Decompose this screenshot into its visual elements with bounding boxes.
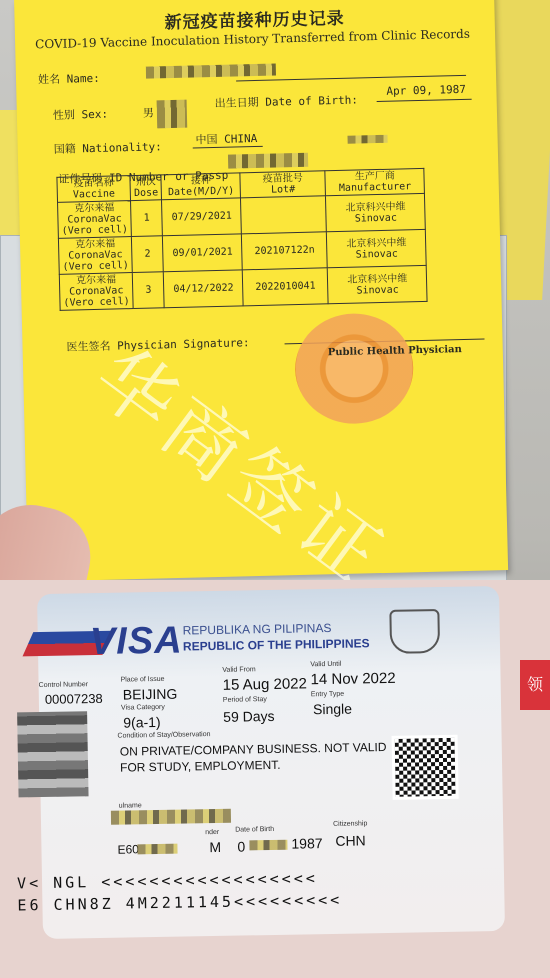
passport-number-partial: E60 xyxy=(117,842,139,856)
col-manufacturer: 生产厂商Manufacturer xyxy=(325,168,425,195)
entry-type: Single xyxy=(313,701,352,718)
lot-cell: 202107122n xyxy=(242,232,328,270)
valid-from-label: Valid From xyxy=(222,666,255,674)
header-cn: 剂次 xyxy=(134,176,158,188)
fullname-label: ulname xyxy=(119,802,142,809)
sex-value: 男 xyxy=(143,104,154,120)
fullname-redacted xyxy=(111,809,231,825)
entry-type-label: Entry Type xyxy=(311,691,344,699)
dose-cell: 3 xyxy=(133,272,165,309)
table-row: 克尔来福CoronaVac(Vero cell) 3 04/12/2022 20… xyxy=(59,265,427,310)
vaccine-type: (Vero cell) xyxy=(62,260,128,273)
vaccine-record-card: 新冠疫苗接种历史记录 COVID-19 Vaccine Inoculation … xyxy=(14,0,508,582)
place-of-issue-label: Place of Issue xyxy=(120,676,164,684)
vaccine-cell: 克尔来福CoronaVac(Vero cell) xyxy=(58,237,132,275)
control-number-label: Control Number xyxy=(39,681,89,689)
condition-line1: ON PRIVATE/COMPANY BUSINESS. NOT VALID xyxy=(120,740,387,759)
manufacturer-en: Sinovac xyxy=(331,283,423,296)
dob-underline xyxy=(377,99,472,102)
date-cell: 07/29/2021 xyxy=(162,198,242,236)
valid-until: 14 Nov 2022 xyxy=(310,670,395,688)
sex-label: 性别 Sex: xyxy=(53,106,108,123)
vaccine-cell: 克尔来福CoronaVac(Vero cell) xyxy=(58,201,132,239)
official-stamp xyxy=(294,312,415,425)
passport-number-redacted xyxy=(137,844,177,855)
col-vaccine: 疫苗名称Vaccine xyxy=(57,176,131,203)
dob-value: Apr 09, 1987 xyxy=(386,83,466,98)
header-en: Manufacturer xyxy=(329,181,421,194)
visa-title: VISA xyxy=(90,620,183,665)
col-date: 接种Date(M/D/Y) xyxy=(161,173,241,200)
dose-cell: 1 xyxy=(131,200,163,237)
dob-label: Date of Birth xyxy=(235,826,274,834)
valid-from: 15 Aug 2022 xyxy=(222,675,307,693)
period-of-stay-label: Period of Stay xyxy=(223,696,267,704)
sex-redacted xyxy=(157,100,188,129)
vaccination-table: 疫苗名称Vaccine 剂次Dose 接种Date(M/D/Y) 疫苗批号Lot… xyxy=(56,168,427,311)
vaccine-cell: 克尔来福CoronaVac(Vero cell) xyxy=(59,273,133,311)
dob-year: 1987 xyxy=(291,835,322,852)
period-of-stay: 59 Days xyxy=(223,708,275,725)
manufacturer-cell: 北京科兴中维Sinovac xyxy=(327,229,427,267)
name-underline xyxy=(236,75,466,82)
mrz-line-2: E6 CHN8Z 4M2211145<<<<<<<<< xyxy=(17,891,342,915)
visa-category: 9(a-1) xyxy=(123,714,161,731)
name-redacted xyxy=(146,63,276,78)
visa-sticker: VISA REPUBLIKA NG PILIPINAS REPUBLIC OF … xyxy=(37,586,505,939)
vaccine-type: (Vero cell) xyxy=(62,224,128,237)
nationality-label: 国籍 Nationality: xyxy=(54,138,162,157)
lot-cell xyxy=(241,196,327,234)
dose-cell: 2 xyxy=(132,236,164,273)
col-dose: 剂次Dose xyxy=(130,175,162,201)
header-en: Dose xyxy=(134,187,158,199)
mrz-line-1: V< NGL <<<<<<<<<<<<<<<<<< xyxy=(17,869,318,892)
qr-code xyxy=(392,735,459,800)
coat-of-arms-icon xyxy=(389,609,440,654)
visa-category-label: Visa Category xyxy=(121,704,165,712)
manufacturer-cell: 北京科兴中维Sinovac xyxy=(328,265,428,303)
place-of-issue: BEIJING xyxy=(123,686,178,703)
date-cell: 09/01/2021 xyxy=(163,234,243,272)
valid-until-label: Valid Until xyxy=(310,661,341,669)
citizenship: CHN xyxy=(335,832,366,849)
nationality-redacted xyxy=(347,135,387,144)
nationality-value: 中国 CHINA xyxy=(195,130,257,148)
gender: M xyxy=(209,839,221,855)
vaccine-type: (Vero cell) xyxy=(63,296,129,309)
side-tab: 领 xyxy=(520,660,550,710)
dob-label: 出生日期 Date of Birth: xyxy=(214,91,358,110)
holder-photo-redacted xyxy=(17,711,88,797)
gender-label: nder xyxy=(205,829,219,836)
dob-redacted xyxy=(249,840,287,851)
id-redacted xyxy=(228,153,308,169)
col-lot: 疫苗批号Lot# xyxy=(240,171,326,198)
dob-partial: 0 xyxy=(237,838,245,854)
citizenship-label: Citizenship xyxy=(333,820,367,828)
stamp-text: Public Health Physician xyxy=(328,344,462,358)
manufacturer-cell: 北京科兴中维Sinovac xyxy=(326,193,426,231)
condition-line2: FOR STUDY, EMPLOYMENT. xyxy=(120,758,281,775)
date-cell: 04/12/2022 xyxy=(164,270,244,308)
manufacturer-en: Sinovac xyxy=(331,247,423,260)
manufacturer-en: Sinovac xyxy=(330,211,422,224)
control-number: 00007238 xyxy=(45,691,103,707)
header-en: Vaccine xyxy=(61,188,127,201)
name-label: 姓名 Name: xyxy=(38,70,100,88)
lot-cell: 2022010041 xyxy=(243,268,329,306)
republic-en: REPUBLIC OF THE PHILIPPINES xyxy=(183,636,370,653)
condition-label: Condition of Stay/Observation xyxy=(117,731,210,740)
republic-tagalog: REPUBLIKA NG PILIPINAS xyxy=(183,621,332,638)
header-en: Date(M/D/Y) xyxy=(165,185,237,198)
header-en: Lot# xyxy=(244,183,322,196)
